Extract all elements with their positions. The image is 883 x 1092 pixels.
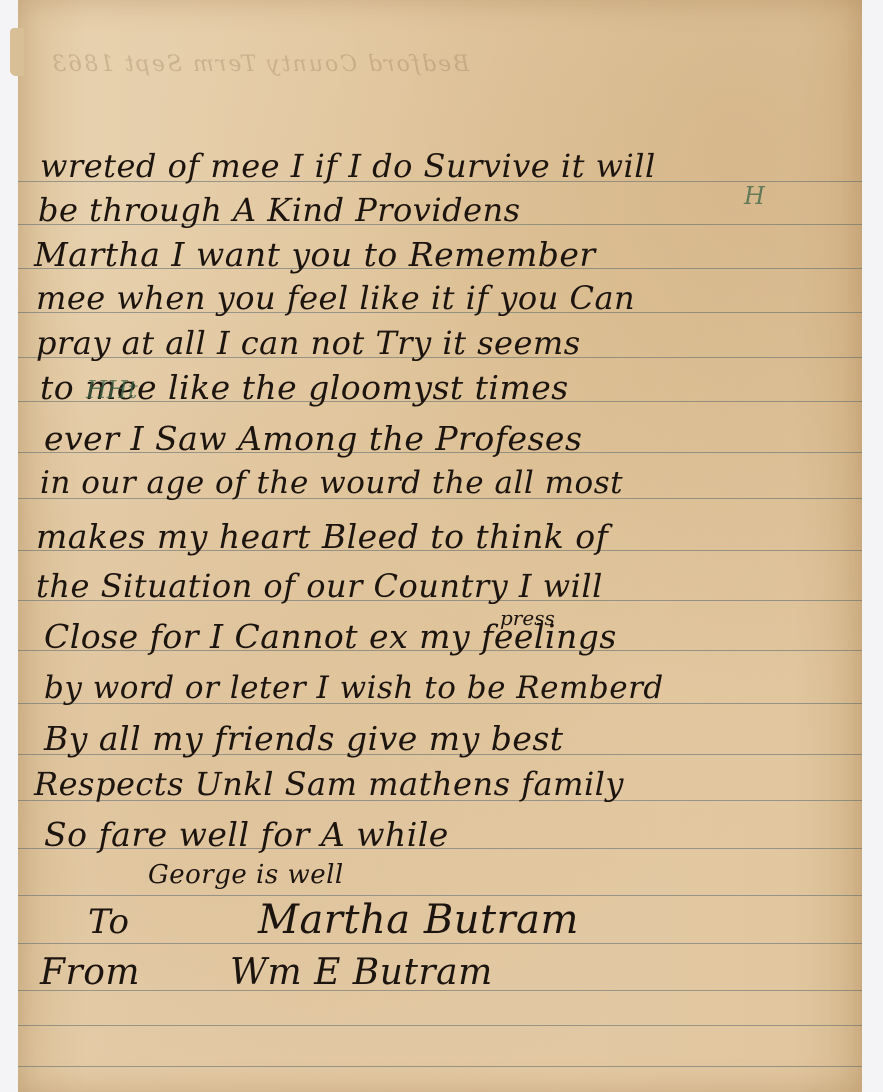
postscript: George is well xyxy=(148,862,344,888)
letter-line-8: in our age of the wourd the all most xyxy=(40,468,623,499)
letter-line-2: be through A Kind Providens xyxy=(38,194,521,226)
letter-line-5: pray at all I can not Try it seems xyxy=(36,327,581,359)
interlinear-insert: press xyxy=(500,606,555,630)
letter-line-15: So fare well for A while xyxy=(44,818,449,851)
letter-line-10: the Situation of our Country I will xyxy=(36,570,603,602)
letter-line-1: wreted of mee I if I do Survive it will xyxy=(40,150,656,182)
to-label: To xyxy=(88,905,130,939)
letter-line-9: makes my heart Bleed to think of xyxy=(36,520,608,553)
margin-mark: H xyxy=(744,182,765,210)
recipient-name: Martha Butram xyxy=(258,900,579,940)
ruled-line xyxy=(18,895,862,896)
letter-line-12: by word or leter I wish to be Remberd xyxy=(44,673,664,704)
ruled-line xyxy=(18,1025,862,1026)
bleed-through-text: Bedford County Term Sept 1863 xyxy=(50,52,469,77)
letter-line-3: Martha I want you to Remember xyxy=(34,238,596,271)
letter-line-7: ever I Saw Among the Profeses xyxy=(44,422,582,455)
letter-line-13: By all my friends give my best xyxy=(44,722,564,755)
sender-name: Wm E Butram xyxy=(230,955,493,991)
letter-page: Bedford County Term Sept 1863 wreted of … xyxy=(18,0,862,1092)
letter-line-4: mee when you feel like it if you Can xyxy=(36,282,635,314)
from-label: From xyxy=(40,955,140,991)
margin-mark: HHt xyxy=(86,376,138,404)
letter-line-14: Respects Unkl Sam mathens family xyxy=(34,768,624,800)
ruled-line xyxy=(18,943,862,944)
ruled-line xyxy=(18,1066,862,1067)
